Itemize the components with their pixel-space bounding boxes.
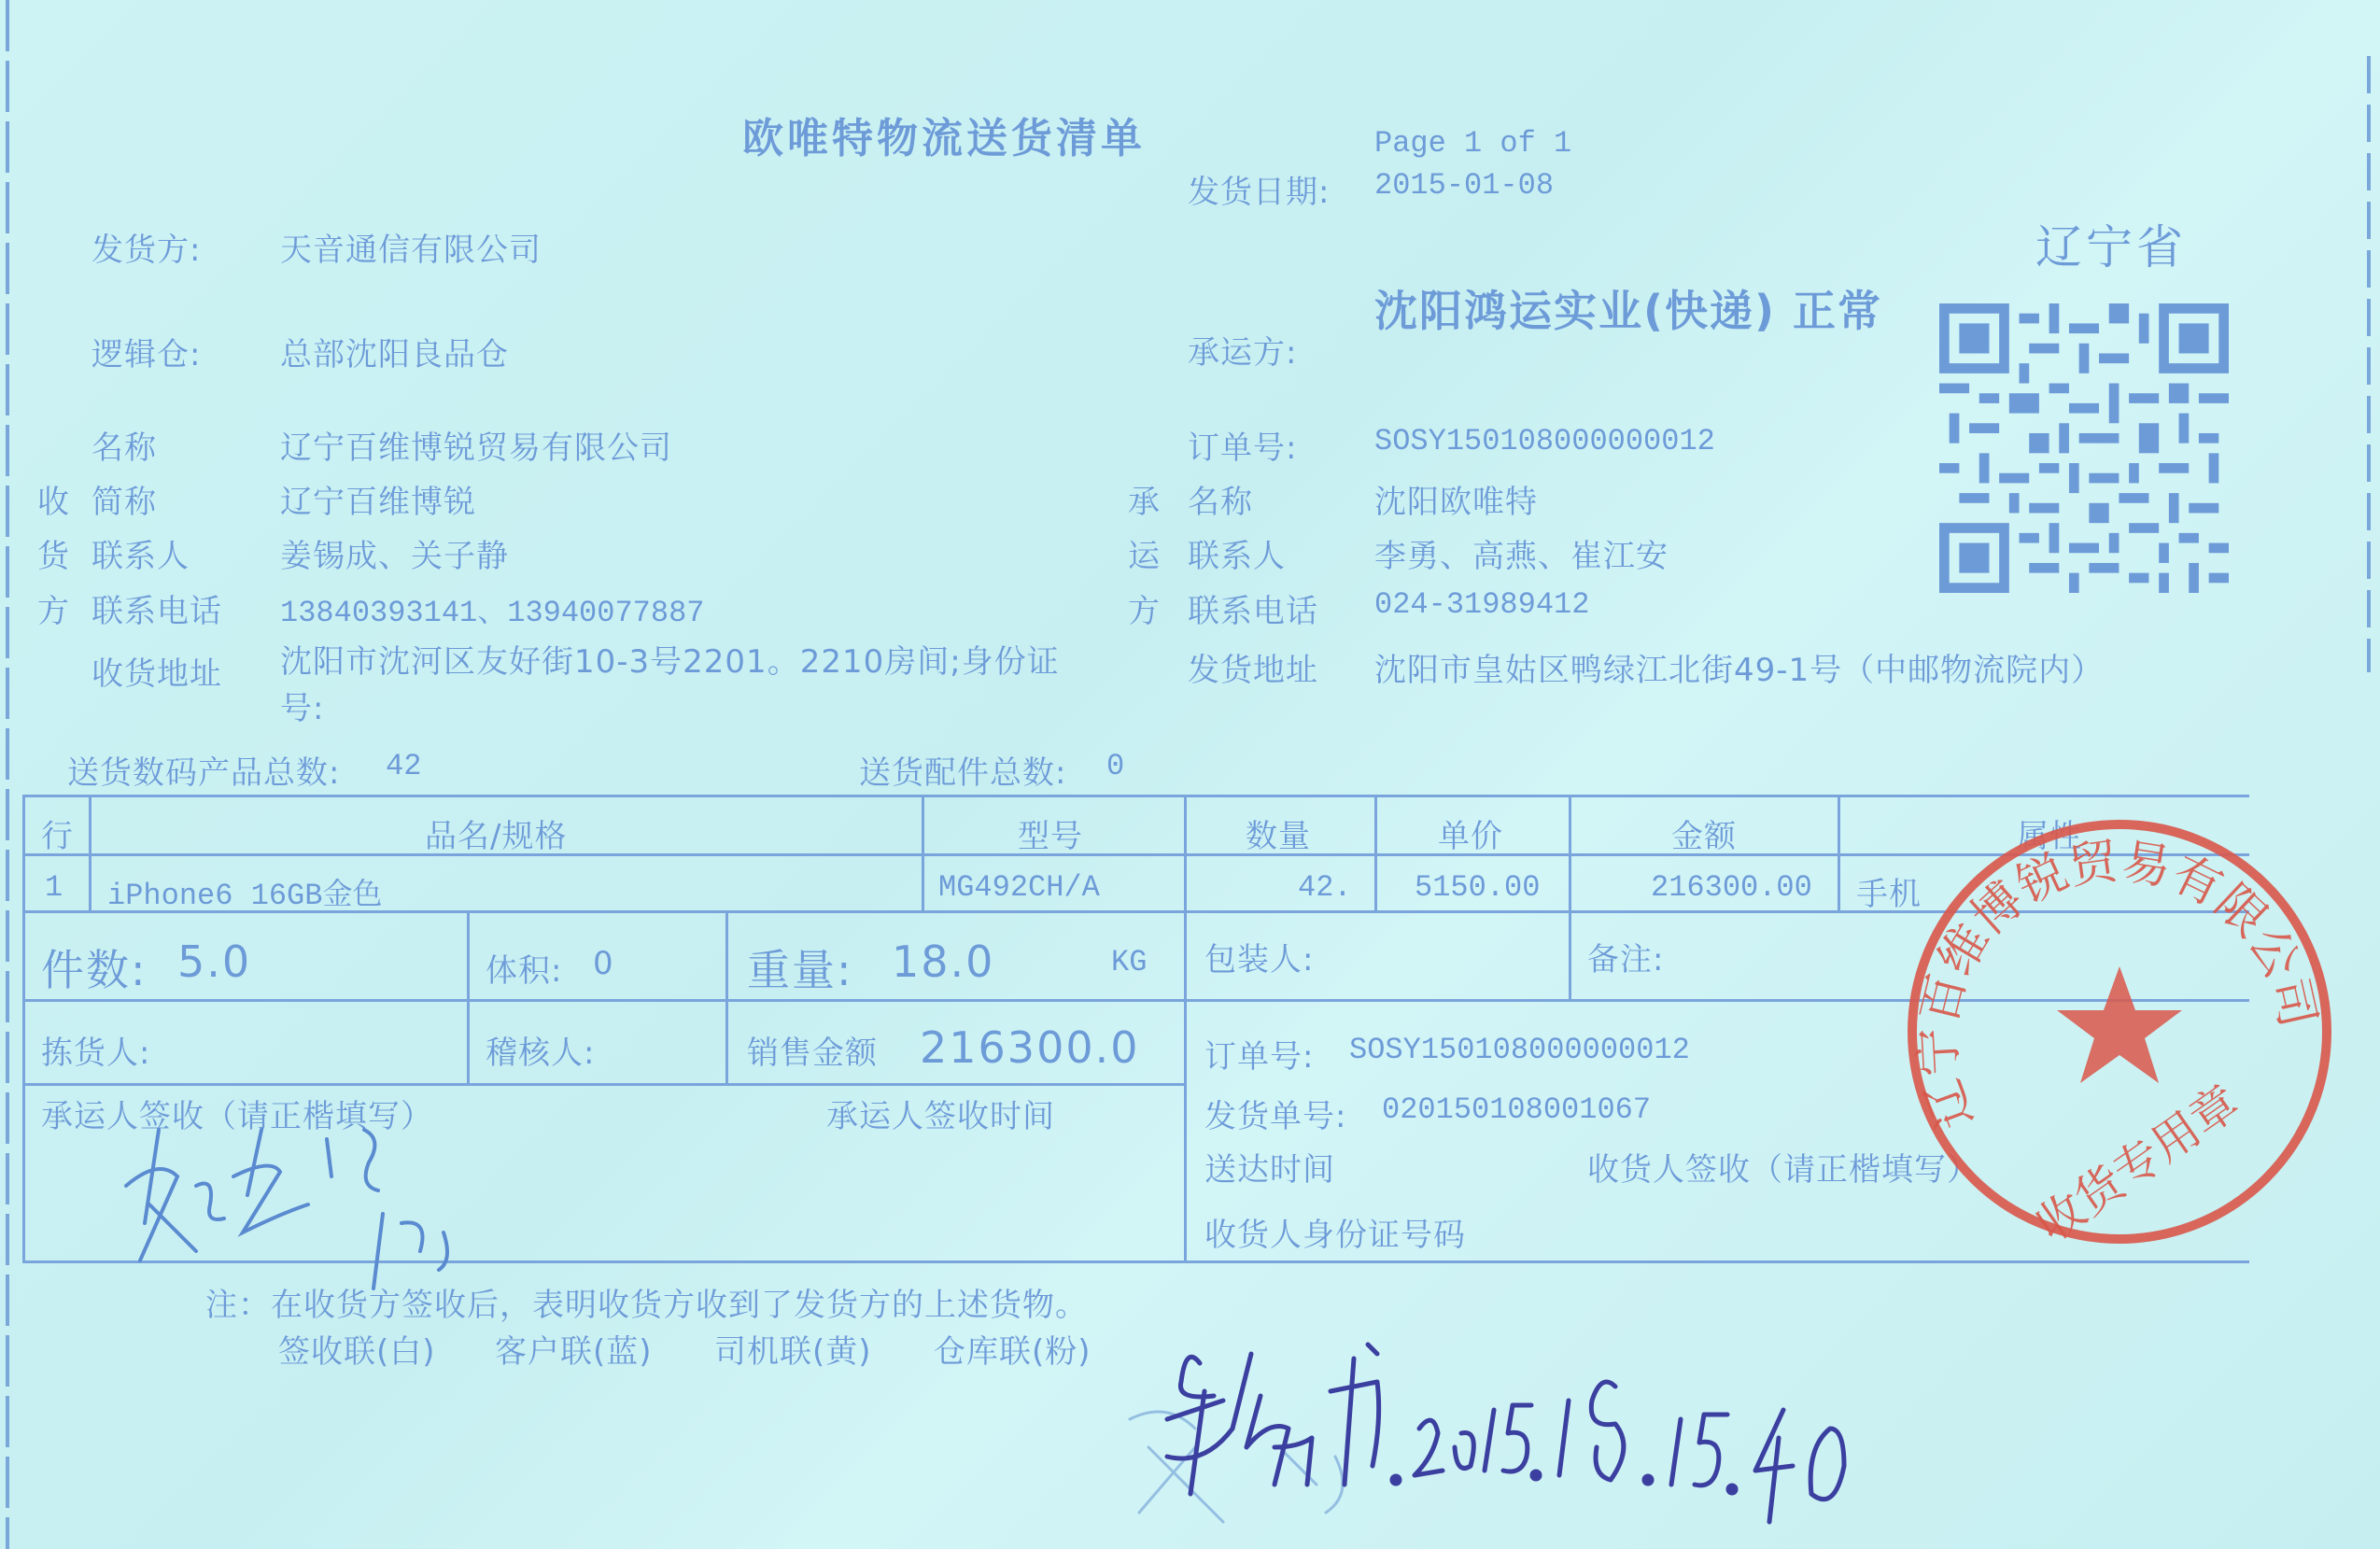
copy-customer: 客户联(蓝) xyxy=(495,1326,653,1372)
carrier-value: 沈阳鸿运实业(快递) 正常 xyxy=(1374,278,1907,344)
province-label: 辽宁省 xyxy=(2035,210,2187,277)
carrier-handwritten-signature xyxy=(93,1102,654,1326)
warehouse-value: 总部沈阳良品仓 xyxy=(280,329,509,374)
receiver-phone-label: 联系电话 xyxy=(92,585,222,631)
transporter-address: 沈阳市皇姑区鸭绿江北街49-1号（中邮物流院内） xyxy=(1374,644,2104,690)
delivery-time-label: 送达时间 xyxy=(1204,1144,1335,1190)
col-divider-4 xyxy=(1374,795,1377,911)
ship-date: 2015-01-08 xyxy=(1374,168,1554,203)
pieces-value: 5.0 xyxy=(177,936,251,987)
transporter-contact: 李勇、高燕、崔江安 xyxy=(1374,530,1669,576)
transporter-phone-label: 联系电话 xyxy=(1188,585,1318,631)
col-divider-5 xyxy=(1569,795,1571,911)
transporter-side-label-3: 方 xyxy=(1128,585,1161,631)
weight-unit: KG xyxy=(1111,945,1147,979)
receiver-side-label-1: 收 xyxy=(37,476,70,522)
receiver-short-label: 简称 xyxy=(92,476,157,522)
picker-label: 拣货人: xyxy=(41,1027,150,1073)
order-number: SOSY150108000000012 xyxy=(1374,424,1715,458)
transporter-address-label: 发货地址 xyxy=(1188,644,1318,690)
summary-col-divider-2 xyxy=(725,910,728,1083)
receiver-side-label-2: 货 xyxy=(37,530,70,576)
shipper-value: 天音通信有限公司 xyxy=(280,224,542,270)
perforation-right xyxy=(2367,56,2371,672)
transporter-name-label: 名称 xyxy=(1188,476,1253,522)
col-header-qty: 数量 xyxy=(1246,810,1311,856)
receiver-contact-label: 联系人 xyxy=(92,530,190,576)
ship-number: 020150108001067 xyxy=(1382,1092,1651,1127)
accessory-total-label: 送货配件总数: xyxy=(859,747,1066,793)
receiver-address: 沈阳市沈河区友好街10-3号2201。2210房间;身份证号: xyxy=(280,639,1074,732)
transporter-phone: 024-31989412 xyxy=(1374,587,1589,622)
pieces-label: 件数: xyxy=(41,936,148,998)
carrier-sign-time-label: 承运人签收时间 xyxy=(826,1091,1055,1136)
col-divider-2 xyxy=(922,795,924,911)
table-row-product: iPhone6 16GB金色 xyxy=(107,870,382,913)
remark-label: 备注: xyxy=(1587,934,1664,979)
sales-amount: 216300.0 xyxy=(920,1022,1140,1073)
col-header-price: 单价 xyxy=(1438,810,1503,856)
packer-label: 包装人: xyxy=(1204,934,1314,979)
volume-label: 体积: xyxy=(486,945,562,991)
weight-label: 重量: xyxy=(747,936,853,998)
table-row-model: MG492CH/A xyxy=(938,870,1100,905)
summary-col-divider-1 xyxy=(467,910,470,1083)
col-header-amount: 金额 xyxy=(1671,810,1737,856)
shipper-label: 发货方: xyxy=(92,224,201,270)
stamp-inner-text: 收货专用章 xyxy=(2027,1075,2249,1251)
transporter-side-label-2: 运 xyxy=(1128,530,1161,576)
ship-number-label: 发货单号: xyxy=(1204,1091,1346,1136)
document-title: 欧唯特物流送货清单 xyxy=(742,105,1146,164)
perforation-left xyxy=(6,0,9,1549)
summary-col-divider-3 xyxy=(1569,910,1571,999)
receiver-handwritten-signature xyxy=(1111,1307,2185,1541)
page-indicator: Page 1 of 1 xyxy=(1374,126,1571,161)
receiver-address-label: 收货地址 xyxy=(92,648,222,694)
transporter-name: 沈阳欧唯特 xyxy=(1374,476,1538,522)
summary-divider-2 xyxy=(22,1083,1185,1086)
receiver-id-label: 收货人身份证号码 xyxy=(1204,1209,1466,1255)
copy-driver: 司机联(黄) xyxy=(714,1326,872,1372)
col-header-row: 行 xyxy=(41,810,74,856)
col-header-name: 品名/规格 xyxy=(425,810,567,856)
weight-value: 18.0 xyxy=(892,936,994,987)
receiver-short: 辽宁百维博锐 xyxy=(280,476,476,522)
digital-total-label: 送货数码产品总数: xyxy=(67,747,340,793)
receiver-name-label: 名称 xyxy=(92,422,157,468)
table-row-price: 5150.00 xyxy=(1415,870,1540,905)
company-seal-stamp: 辽宁百维博锐贸易有限公司 收货专用章 xyxy=(1900,812,2339,1251)
col-divider-6 xyxy=(1838,795,1840,911)
transporter-contact-label: 联系人 xyxy=(1188,530,1286,576)
volume-value: 0 xyxy=(593,945,614,982)
accessory-total: 0 xyxy=(1106,749,1124,783)
copy-warehouse: 仓库联(粉) xyxy=(934,1326,1091,1372)
ship-date-label: 发货日期: xyxy=(1188,166,1330,212)
transporter-side-label-1: 承 xyxy=(1128,476,1161,522)
qr-code xyxy=(1939,303,2229,593)
receiver-contact: 姜锡成、关子静 xyxy=(280,530,509,576)
digital-total: 42 xyxy=(386,749,421,783)
summary-order-label: 订单号: xyxy=(1204,1031,1314,1077)
table-top-border xyxy=(22,795,2249,797)
table-row-qty: 42. xyxy=(1298,870,1352,905)
receiver-side-label-3: 方 xyxy=(37,585,70,631)
order-number-label: 订单号: xyxy=(1188,422,1297,468)
table-left-border xyxy=(22,795,25,1261)
receiver-phone: 13840393141、13940077887 xyxy=(280,587,704,630)
receiver-name: 辽宁百维博锐贸易有限公司 xyxy=(280,422,672,468)
carrier-label: 承运方: xyxy=(1188,327,1297,373)
warehouse-label: 逻辑仓: xyxy=(92,329,201,374)
table-row-index: 1 xyxy=(45,870,63,905)
checker-label: 稽核人: xyxy=(486,1027,595,1073)
col-divider-1 xyxy=(89,795,92,911)
col-header-model: 型号 xyxy=(1018,810,1083,856)
col-divider-3 xyxy=(1184,795,1187,1261)
sales-amount-label: 销售金额 xyxy=(747,1027,878,1073)
summary-order-number: SOSY150108000000012 xyxy=(1349,1033,1690,1067)
table-row-amount: 216300.00 xyxy=(1651,870,1812,905)
copy-sign: 签收联(白) xyxy=(278,1326,436,1372)
